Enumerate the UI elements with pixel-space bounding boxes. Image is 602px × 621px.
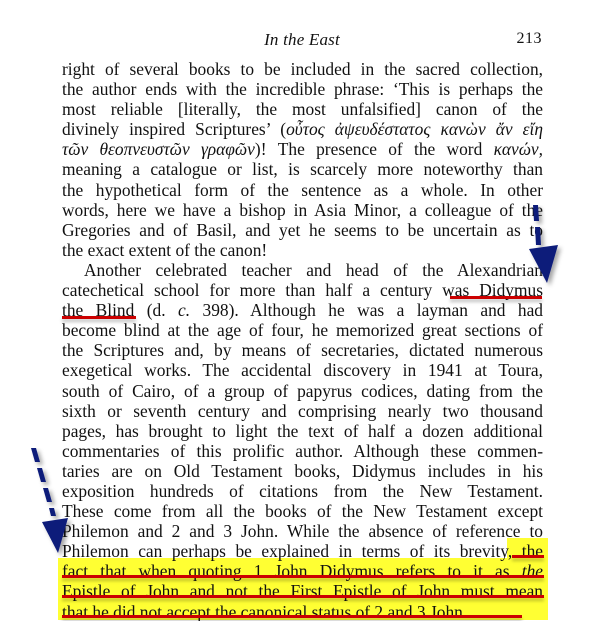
text-line: Gregories and of Basil, and yet he seems… bbox=[62, 220, 543, 240]
text-line: words, here we have a bishop in Asia Min… bbox=[62, 200, 543, 220]
highlighted-text-line: that he did not accept the canonical sta… bbox=[62, 602, 543, 621]
underline-line-26 bbox=[62, 575, 544, 578]
highlighted-text-line: Epistle of John and not the First Epistl… bbox=[62, 581, 543, 601]
text-line: south of Cairo, of a group of papyrus co… bbox=[62, 381, 543, 401]
greek-phrase: οὖτος ἀψευδέστατος κανὼν ἄν εἴη bbox=[286, 119, 543, 139]
text-line: the hypothetical form of the sentence as… bbox=[62, 180, 543, 200]
text-line: exegetical works. The accidental discove… bbox=[62, 360, 543, 380]
text-line: Philemon and 2 and 3 John. While the abs… bbox=[62, 521, 543, 541]
text-line: Philemon can perhaps be explained in ter… bbox=[62, 541, 543, 561]
underline-line-27 bbox=[62, 595, 544, 598]
running-head: In the East 213 bbox=[62, 30, 542, 50]
text-line: Another celebrated teacher and head of t… bbox=[62, 260, 543, 280]
page-number: 213 bbox=[517, 30, 543, 48]
greek-word-kanon: κανών, bbox=[494, 139, 543, 159]
document-page: In the East 213 right of several books t… bbox=[0, 0, 602, 621]
text-line: exposition hundreds of citations from th… bbox=[62, 481, 543, 501]
text-line: the Scriptures and, by means of secretar… bbox=[62, 340, 543, 360]
greek-phrase: τῶν θεοπνευστῶν γραφῶν bbox=[62, 139, 255, 159]
body-text: right of several books to be included in… bbox=[62, 59, 543, 621]
text-line: meaning a catalogue or list, is scarcely… bbox=[62, 159, 543, 179]
text-line: right of several books to be included in… bbox=[62, 59, 543, 79]
highlighted-text-line: fact that when quoting 1 John Didymus re… bbox=[62, 561, 543, 581]
text-line: pages, has brought to light the text of … bbox=[62, 421, 543, 441]
text-line: become blind at the age of four, he memo… bbox=[62, 320, 543, 340]
highlighted-text: the bbox=[522, 541, 543, 561]
underline-the-blind bbox=[62, 316, 136, 319]
text-line: τῶν θεοπνευστῶν γραφῶν)! The presence of… bbox=[62, 139, 543, 159]
text-line: taries are on Old Testament books, Didym… bbox=[62, 461, 543, 481]
text-line: divinely inspired Scriptures’ (οὖτος ἀψε… bbox=[62, 119, 543, 139]
text-line: the exact extent of the canon! bbox=[62, 240, 543, 260]
text-line: most reliable [literally, the most unfal… bbox=[62, 99, 543, 119]
underline-didymus bbox=[450, 296, 542, 299]
running-title: In the East bbox=[62, 30, 542, 50]
text-line: the author ends with the incredible phra… bbox=[62, 79, 543, 99]
text-line: These come from all the books of the New… bbox=[62, 501, 543, 521]
underline-line-25 bbox=[512, 555, 544, 558]
underline-line-28 bbox=[62, 615, 522, 618]
arrow-down-icon bbox=[525, 205, 595, 295]
text-line: commentaries of this prolific author. Al… bbox=[62, 441, 543, 461]
arrow-down-right-icon bbox=[28, 448, 88, 563]
text-line: sixth or seventh century and comprising … bbox=[62, 401, 543, 421]
